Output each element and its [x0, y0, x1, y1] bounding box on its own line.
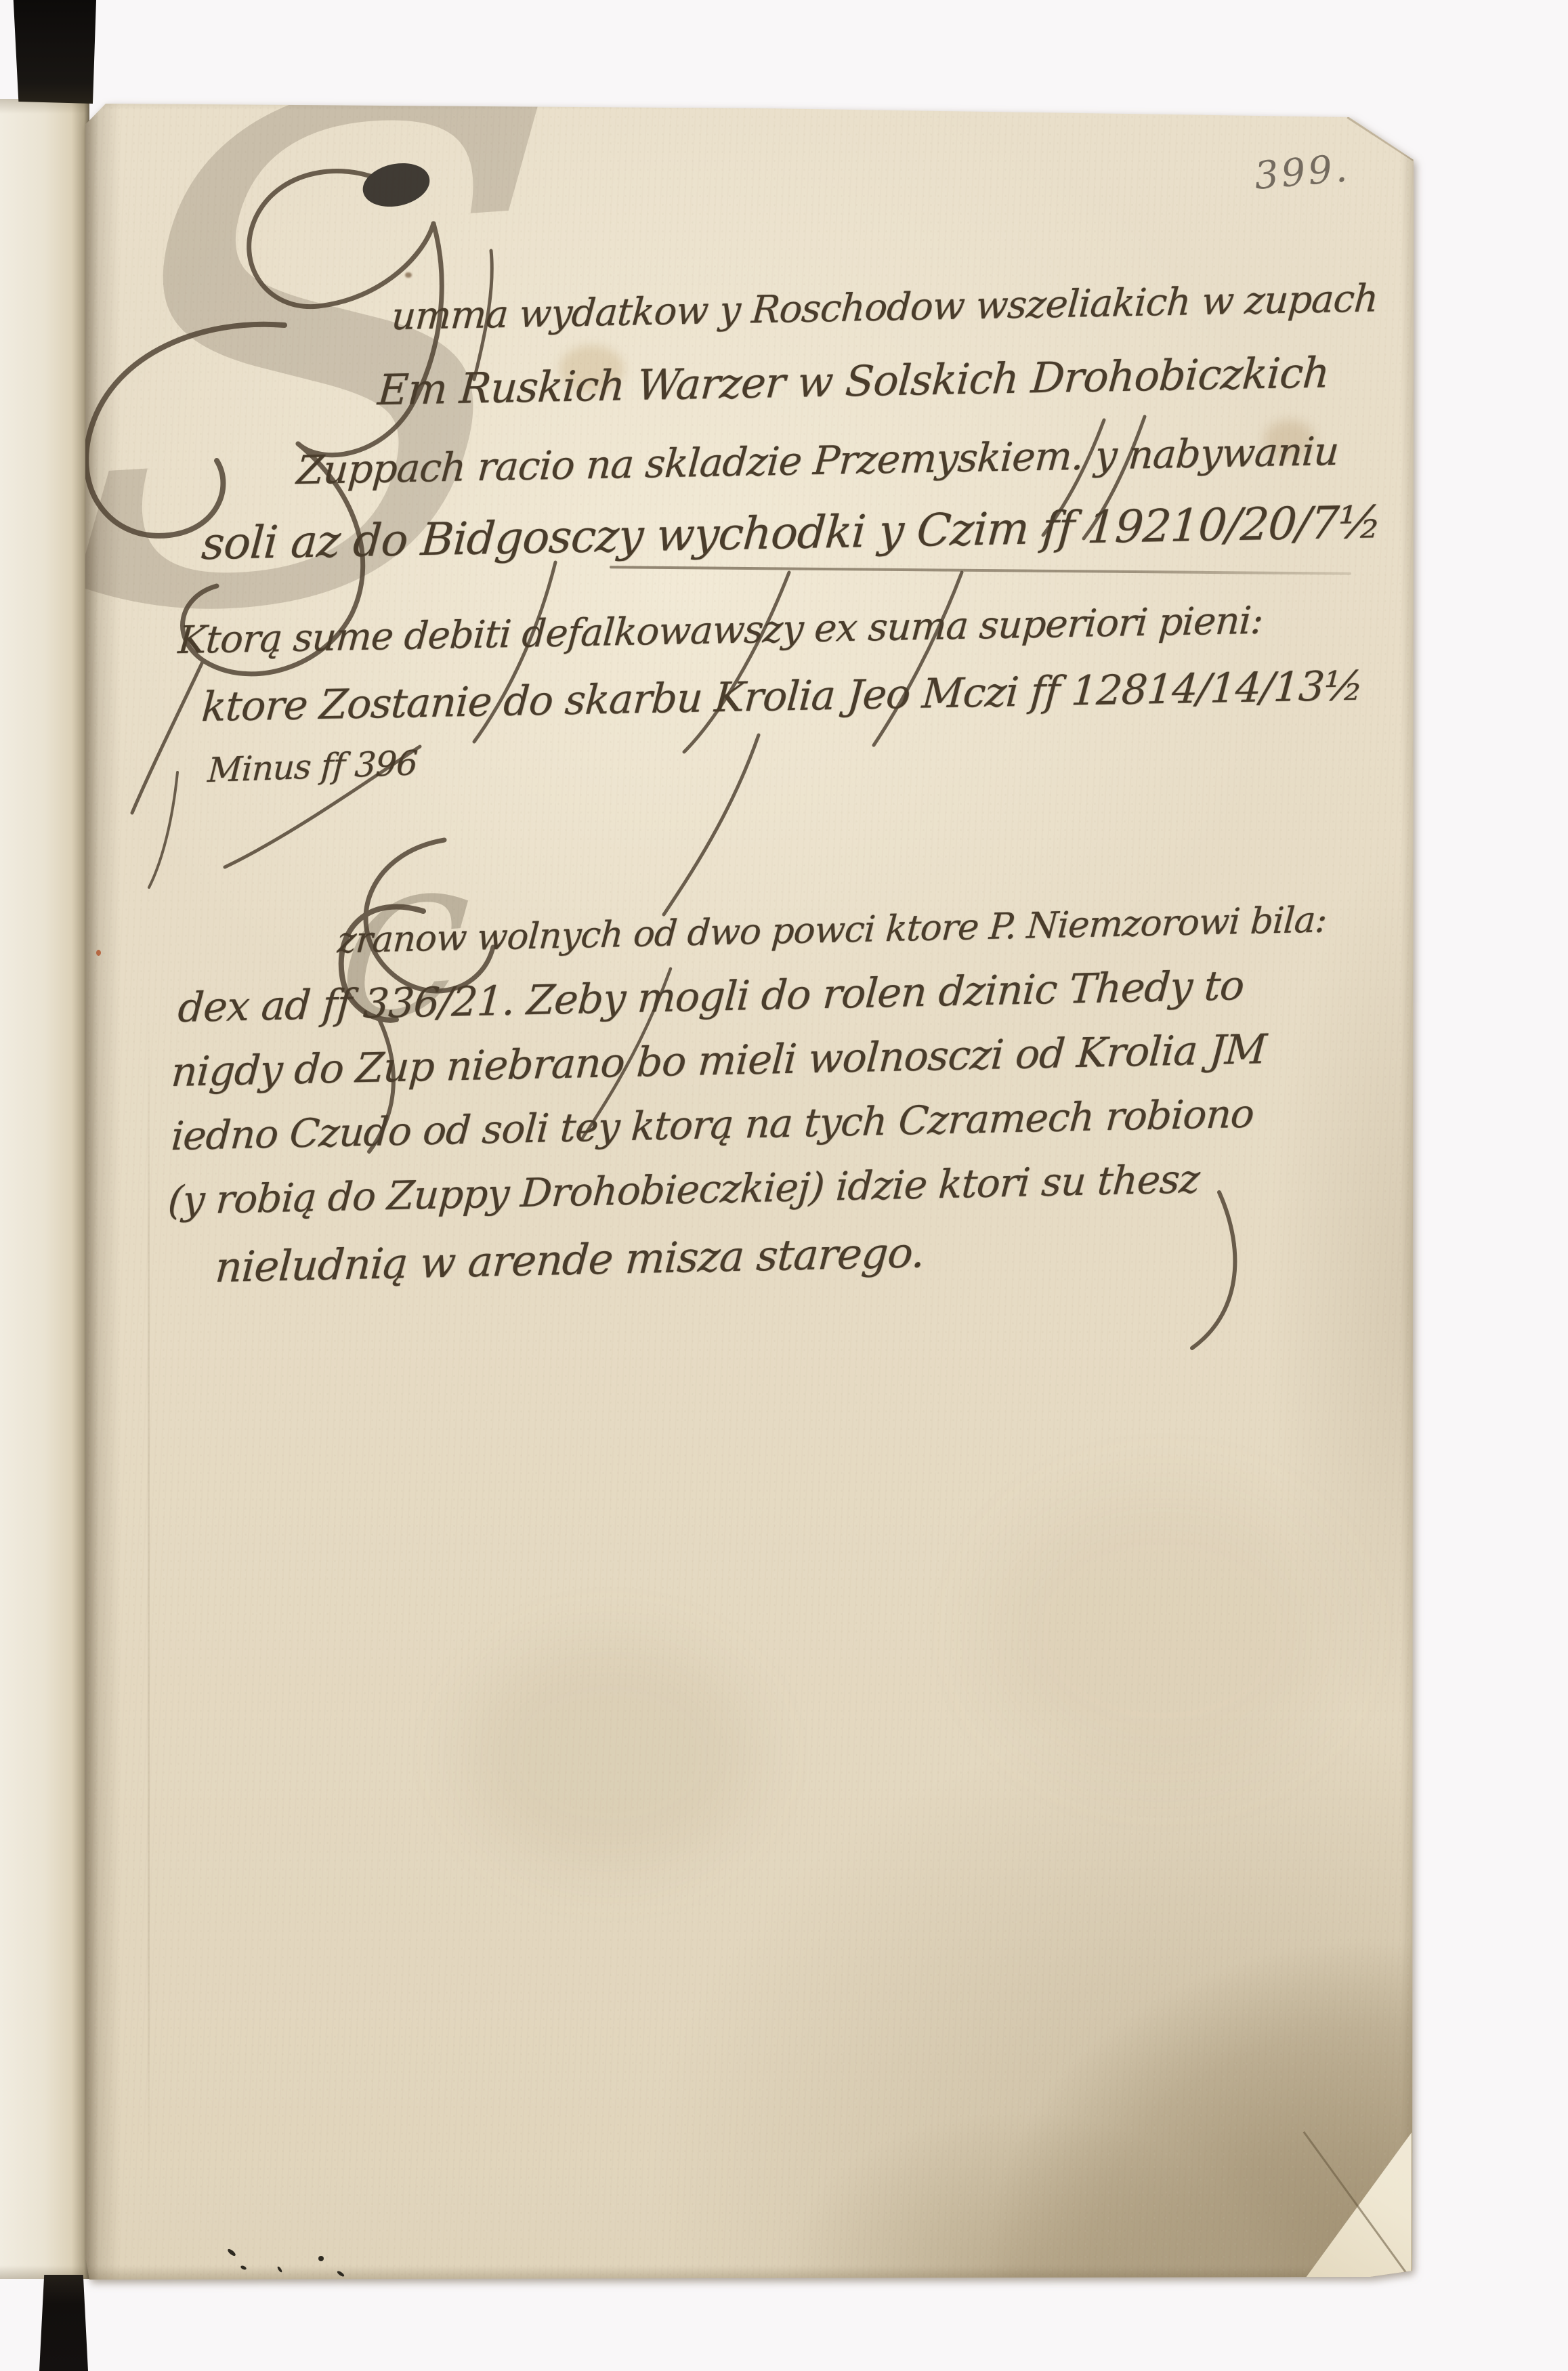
text-line: Em Ruskich Warzer w Solskich Drohobiczki… — [377, 352, 1331, 411]
binding-tape-top — [11, 0, 96, 104]
manuscript-scan: S C — [0, 0, 1568, 2371]
text-line: iedno Czudo od soli tey ktorą na tych Cz… — [170, 1094, 1255, 1156]
ink-speck — [240, 2265, 247, 2270]
sum-underline-stroke — [610, 566, 1351, 575]
paper-fold-line — [148, 1009, 150, 2195]
red-fleck — [96, 950, 101, 956]
paper-stain — [465, 1639, 756, 1870]
text-line: umma wydatkow y Roschodow wszeliakich w … — [390, 280, 1379, 336]
text-line: soli az do Bidgosczy wychodki y Czim ff … — [200, 500, 1382, 566]
manuscript-page-wrap: S C — [85, 95, 1418, 2282]
margin-note: Minus ff 396 — [207, 746, 418, 787]
text-line: zranow wolnych od dwo powci ktore P. Nie… — [336, 902, 1328, 959]
ink-speck — [318, 2256, 324, 2261]
ink-speck — [276, 2266, 282, 2273]
text-line: Zuppach racio na skladzie Przemyskiem. y… — [295, 432, 1340, 490]
manuscript-page: S C — [85, 95, 1418, 2282]
ink-speck — [227, 2248, 237, 2257]
ink-speck — [337, 2270, 345, 2278]
facing-page-edge — [0, 99, 89, 2279]
text-line: ktore Zostanie do skarbu Krolia Jeo Mczi… — [200, 666, 1364, 728]
binding-tape-bottom — [39, 2275, 88, 2371]
ink-fleck — [405, 272, 412, 278]
text-line: nieludnią w arende misza starego. — [214, 1232, 926, 1288]
paper-stain — [986, 1490, 1338, 1775]
text-line: dex ad ff 336/21. Zeby mogli do rolen dz… — [177, 965, 1245, 1028]
clipped-corner-edge — [1347, 117, 1414, 161]
text-line: nigdy do Zup niebrano bo mieli wolnosczi… — [170, 1029, 1267, 1093]
initial-letter-S: S — [45, 1, 578, 717]
text-line: Ktorą sume debiti defalkowawszy ex suma … — [177, 602, 1264, 660]
folio-number: 399. — [1252, 146, 1351, 198]
text-line: (y robią do Zuppy Drohobieczkiej) idzie … — [167, 1159, 1200, 1220]
